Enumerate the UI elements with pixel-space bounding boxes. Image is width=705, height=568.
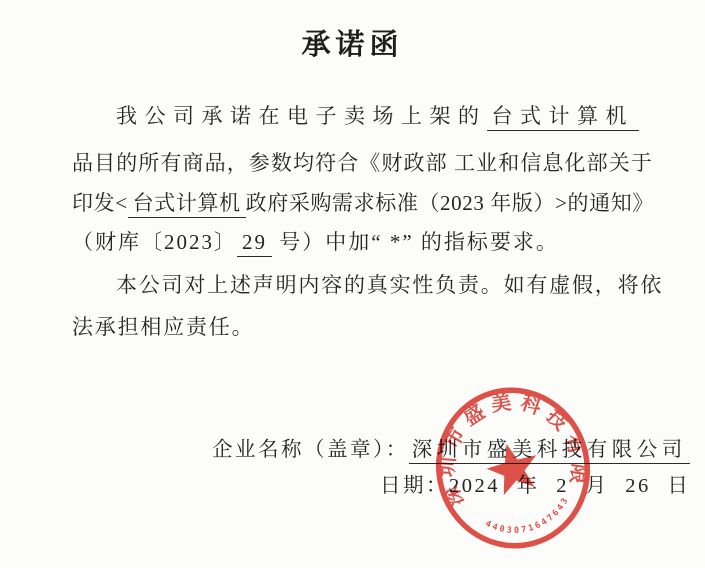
paragraph2-line1: 本公司对上述声明内容的真实性负责。如有虚假，将依 [72,269,652,299]
signature-date-line: 日期：2024 年 2 月 26 日 [380,468,690,498]
p1-l3-text-post: 政府采购需求标准（2023 年版）>的通知》 [246,191,654,215]
p1-l3-underlined-field: 台式计算机 [128,191,246,218]
signature-company-line: 企业名称（盖章）：深圳市盛美科技有限公司 [212,432,690,462]
paragraph2-line2: 法承担相应责任。 [72,311,652,341]
date-value: 2024 年 2 月 26 日 [449,475,690,497]
commitment-letter-document: 承诺函 我公司承诺在电子卖场上架的台式计算机 品目的所有商品，参数均符合《财政部… [0,0,705,568]
p1-l4-text-post: 号）中加“ *” 的指标要求。 [272,230,559,254]
seal-registration-code: 4403071647643 [480,493,577,546]
p1-l4-text-pre: （财库〔2023〕 [72,230,237,254]
document-title: 承诺函 [0,22,705,63]
p1-l1-underlined-field: 台式计算机 [487,104,640,131]
p1-l1-text: 我公司承诺在电子卖场上架的 [116,104,487,128]
paragraph1-line1: 我公司承诺在电子卖场上架的台式计算机 [72,100,652,130]
paragraph1-line3: 印发<台式计算机政府采购需求标准（2023 年版）>的通知》 [72,187,652,217]
seal-code-curved-text: 4403071647643 [480,493,577,546]
paragraph1-line4: （财库〔2023〕29 号）中加“ *” 的指标要求。 [72,226,652,256]
company-name-label: 企业名称（盖章）： [212,439,409,461]
p1-l3-text-pre: 印发< [72,191,128,215]
date-label: 日期： [380,475,449,497]
paragraph1-line2: 品目的所有商品，参数均符合《财政部 工业和信息化部关于 [72,147,652,177]
company-name-value: 深圳市盛美科技有限公司 [409,439,690,464]
p1-l4-underlined-field: 29 [237,230,272,257]
